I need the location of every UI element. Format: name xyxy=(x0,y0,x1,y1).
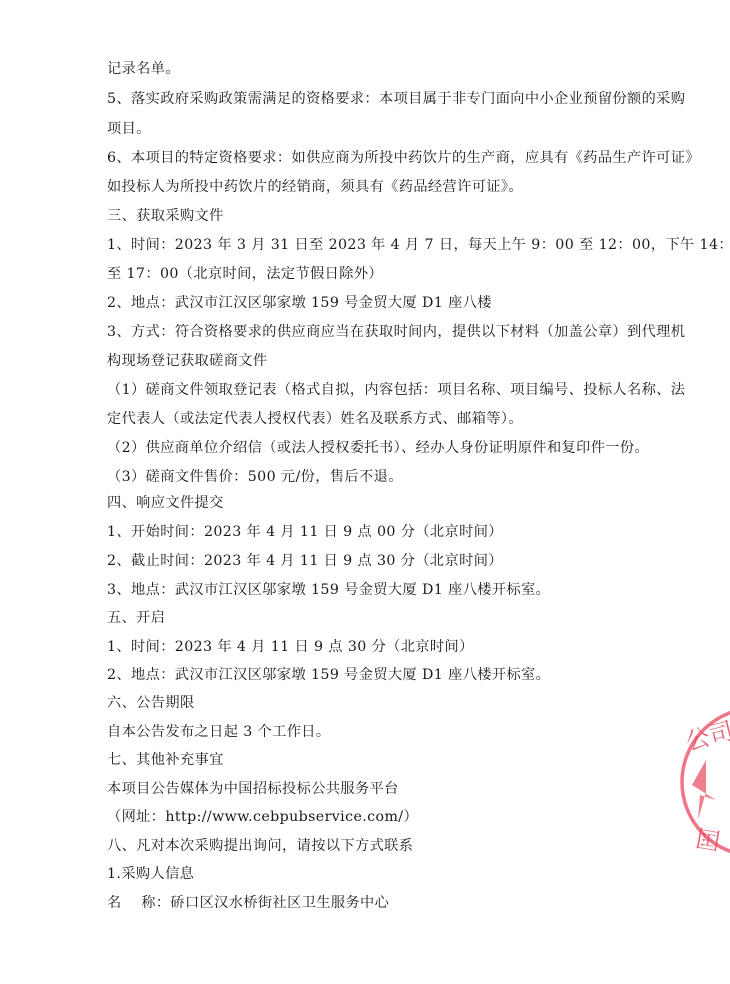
stamp-char: 国 xyxy=(694,823,722,855)
text-line: 项目。 xyxy=(107,120,151,138)
section-heading-6: 六、公告期限 xyxy=(107,694,195,712)
qualification-item-5: 5、落实政府采购政策需满足的资格要求：本项目属于非专门面向中小企业预留份额的采购 xyxy=(107,90,685,108)
submit-start-time: 1、开始时间：2023 年 4 月 11 日 9 点 00 分（北京时间） xyxy=(107,523,503,541)
section-heading-7: 七、其他补充事宜 xyxy=(107,751,224,769)
notice-period: 自本公告发布之日起 3 个工作日。 xyxy=(107,723,330,741)
website-url: （网址：http://www.cebpubservice.com/） xyxy=(107,808,418,826)
opening-time: 1、时间：2023 年 4 月 11 日 9 点 30 分（北京时间） xyxy=(107,638,474,656)
text-line: 定代表人（或法定代表人授权代表）姓名及联系方式、邮箱等）。 xyxy=(107,410,523,428)
purchaser-info-heading: 1.采购人信息 xyxy=(107,865,194,883)
submit-deadline: 2、截止时间：2023 年 4 月 11 日 9 点 30 分（北京时间） xyxy=(107,552,503,570)
material-item-1: （1）磋商文件领取登记表（格式自拟，内容包括：项目名称、项目编号、投标人名称、法 xyxy=(107,381,685,399)
text-line: 至 17：00（北京时间，法定节假日除外） xyxy=(107,265,383,283)
qualification-item-6: 6、本项目的特定资格要求：如供应商为所投中药饮片的生产商，应具有《药品生产许可证… xyxy=(107,149,700,167)
material-item-3: （3）磋商文件售价：500 元/份，售后不退。 xyxy=(107,468,403,486)
material-item-2: （2）供应商单位介绍信（或法人授权委托书）、经办人身份证明原件和复印件一份。 xyxy=(107,439,649,457)
obtain-time: 1、时间：2023 年 3 月 31 日至 2023 年 4 月 7 日，每天上… xyxy=(107,236,730,254)
media-platform: 本项目公告媒体为中国招标投标公共服务平台 xyxy=(107,780,399,798)
section-heading-4: 四、响应文件提交 xyxy=(107,494,224,512)
section-heading-3: 三、获取采购文件 xyxy=(107,207,224,225)
purchaser-name: 名 称：硚口区汉水桥街社区卫生服务中心 xyxy=(107,894,389,912)
submit-location: 3、地点：武汉市江汉区邬家墩 159 号金贸大厦 D1 座八楼开标室。 xyxy=(107,581,550,599)
text-line: 如投标人为所投中药饮片的经销商，须具有《药品经营许可证》。 xyxy=(107,178,523,196)
obtain-location: 2、地点：武汉市江汉区邬家墩 159 号金贸大厦 D1 座八楼 xyxy=(107,294,492,312)
document-page: 记录名单。 5、落实政府采购政策需满足的资格要求：本项目属于非专门面向中小企业预… xyxy=(0,0,730,984)
section-heading-5: 五、开启 xyxy=(107,609,165,627)
official-seal-stamp: 公司 国 xyxy=(676,700,730,865)
stamp-char: 公司 xyxy=(683,717,730,756)
text-line: 构现场登记获取磋商文件 xyxy=(107,352,267,370)
obtain-method: 3、方式：符合资格要求的供应商应当在获取时间内，提供以下材料（加盖公章）到代理机 xyxy=(107,323,685,341)
section-heading-8: 八、凡对本次采购提出询问，请按以下方式联系 xyxy=(107,837,413,855)
opening-location: 2、地点：武汉市江汉区邬家墩 159 号金贸大厦 D1 座八楼开标室。 xyxy=(107,666,550,684)
text-line: 记录名单。 xyxy=(107,60,180,78)
